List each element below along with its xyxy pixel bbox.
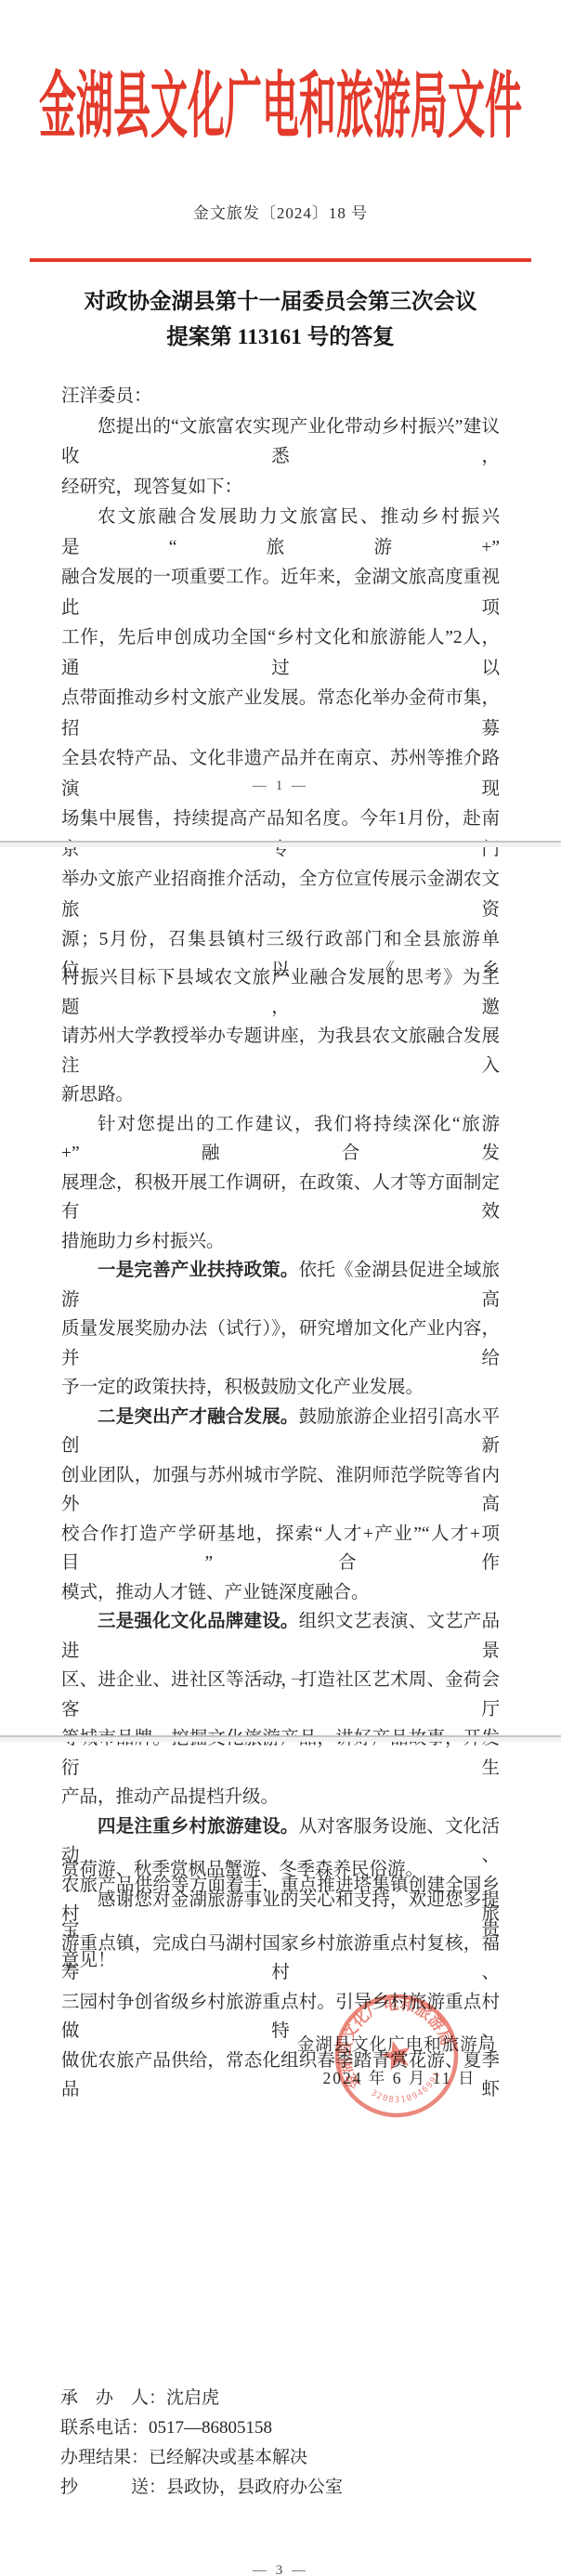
body-line: 新思路。 [61,1080,500,1110]
page-separator-1 [0,841,561,847]
body-line: 三是强化文化品牌建设。组织文艺表演、文艺产品进景 [61,1607,500,1666]
body-line: 承 办 人：沈启虎 [60,2384,525,2413]
body-line: 农文旅融合发展助力文旅富民、推动乡村振兴是“旅游+” [61,503,500,563]
body-line: 二是突出产才融合发展。鼓励旅游企业招引高水平创新 [61,1403,500,1461]
document-title: 对政协金湖县第十一届委员会第三次会议 提案第 113161 号的答复 [0,284,561,355]
body-line: 一是完善产业扶持政策。依托《金湖县促进全域旅游高 [61,1256,500,1314]
body-line: 您提出的“文旅富农实现产业化带动乡村振兴”建议收悉， [61,412,500,473]
body-line: 请苏州大学教授举办专题讲座，为我县农文旅融合发展注入 [61,1022,500,1080]
body-line: 感谢您对金湖旅游事业的关心和支持，欢迎您多提宝贵 [61,1886,500,1946]
body-line: 模式，推动人才链、产业链深度融合。 [61,1578,500,1608]
body-line: 举办文旅产业招商推介活动，全方位宣传展示金湖农文旅资 [61,865,500,925]
document-title-line1: 对政协金湖县第十一届委员会第三次会议 [0,284,561,320]
page3-body: 赏荷游、秋季赏枫品蟹游、冬季森养民俗游。感谢您对金湖旅游事业的关心和支持，欢迎您… [61,1855,500,1976]
body-line: 村振兴目标下县域农文旅产业融合发展的思考》为主题，邀 [61,963,500,1022]
body-line: 赏荷游、秋季赏枫品蟹游、冬季森养民俗游。 [61,1855,500,1886]
body-line: 工作，先后申创成功全国“乡村文化和旅游能人”2人，通过以 [61,623,500,684]
bold-lead: 一是完善产业扶持政策。 [98,1260,299,1280]
body-line: 联系电话：0517—86805158 [60,2413,525,2443]
official-document-scan: 金湖县文化广电和旅游局文件 金文旅发〔2024〕18 号 对政协金湖县第十一届委… [0,0,561,2576]
body-line: 质量发展奖励办法（试行）》，研究增加文化产业内容，并给 [61,1314,500,1373]
page-number-3: — 3 — [0,2563,561,2576]
footer-block: 承 办 人：沈启虎联系电话：0517—86805158办理结果：已经解决或基本解… [60,2384,525,2503]
body-line: 融合发展的一项重要工作。近年来，金湖文旅高度重视此项 [61,563,500,623]
body-line: 全县农特产品、文化非遗产品并在南京、苏州等推介路演现 [61,744,500,804]
bold-lead: 四是注重乡村旅游建设。 [98,1816,299,1837]
page-separator-2 [0,1735,561,1742]
document-title-line2: 提案第 113161 号的答复 [0,320,561,355]
body-line: 点带面推动乡村文旅产业发展。常态化举办金荷市集，招募 [61,684,500,744]
body-line: 场集中展售，持续提高产品知名度。今年1月份，赴南京专门 [61,804,500,865]
body-line: 经研究，现答复如下： [61,473,500,503]
body-line: 抄 送：县政协，县政府办公室 [60,2473,525,2503]
body-line: 办理结果：已经解决或基本解决 [60,2443,525,2473]
page-number-2: — 2 — [0,1671,561,1686]
body-line: 校合作打造产学研基地，探索“人才+产业”“人才+项目”合作 [61,1520,500,1578]
seal-code: 3208310946991 [367,2068,449,2112]
body-line: 等城市品牌。挖掘文化旅游产品，讲好产品故事，开发衍生 [61,1724,500,1783]
body-line: 予一定的政策扶持，积极鼓励文化产业发展。 [61,1373,500,1403]
bold-lead: 三是强化文化品牌建设。 [98,1611,299,1631]
body-line: 汪洋委员： [61,382,500,412]
document-header: 金湖县文化广电和旅游局文件 [0,71,561,143]
body-line: 产品，推动产品提档升级。 [61,1783,500,1812]
red-divider-rule [30,258,531,262]
body-line: 意见！ [61,1946,500,1977]
document-number: 金文旅发〔2024〕18 号 [0,203,561,224]
body-line: 创业团队，加强与苏州城市学院、淮阴师范学院等省内外高 [61,1461,500,1520]
svg-text:3208310946991: 3208310946991 [367,2068,449,2112]
body-line: 针对您提出的工作建议，我们将持续深化“旅游+”融合发 [61,1110,500,1169]
seal-star-icon [378,2037,414,2073]
body-line: 措施助力乡村振兴。 [61,1227,500,1257]
page1-body: 汪洋委员：您提出的“文旅富农实现产业化带动乡村振兴”建议收悉，经研究，现答复如下… [61,382,500,986]
body-line: 展理念，积极开展工作调研，在政策、人才等方面制定有效 [61,1169,500,1227]
official-red-seal: 金湖县文化广电和旅游局 3208310946991 [318,1977,476,2135]
bold-lead: 二是突出产才融合发展。 [98,1406,299,1427]
page-number-1: — 1 — [0,778,561,793]
